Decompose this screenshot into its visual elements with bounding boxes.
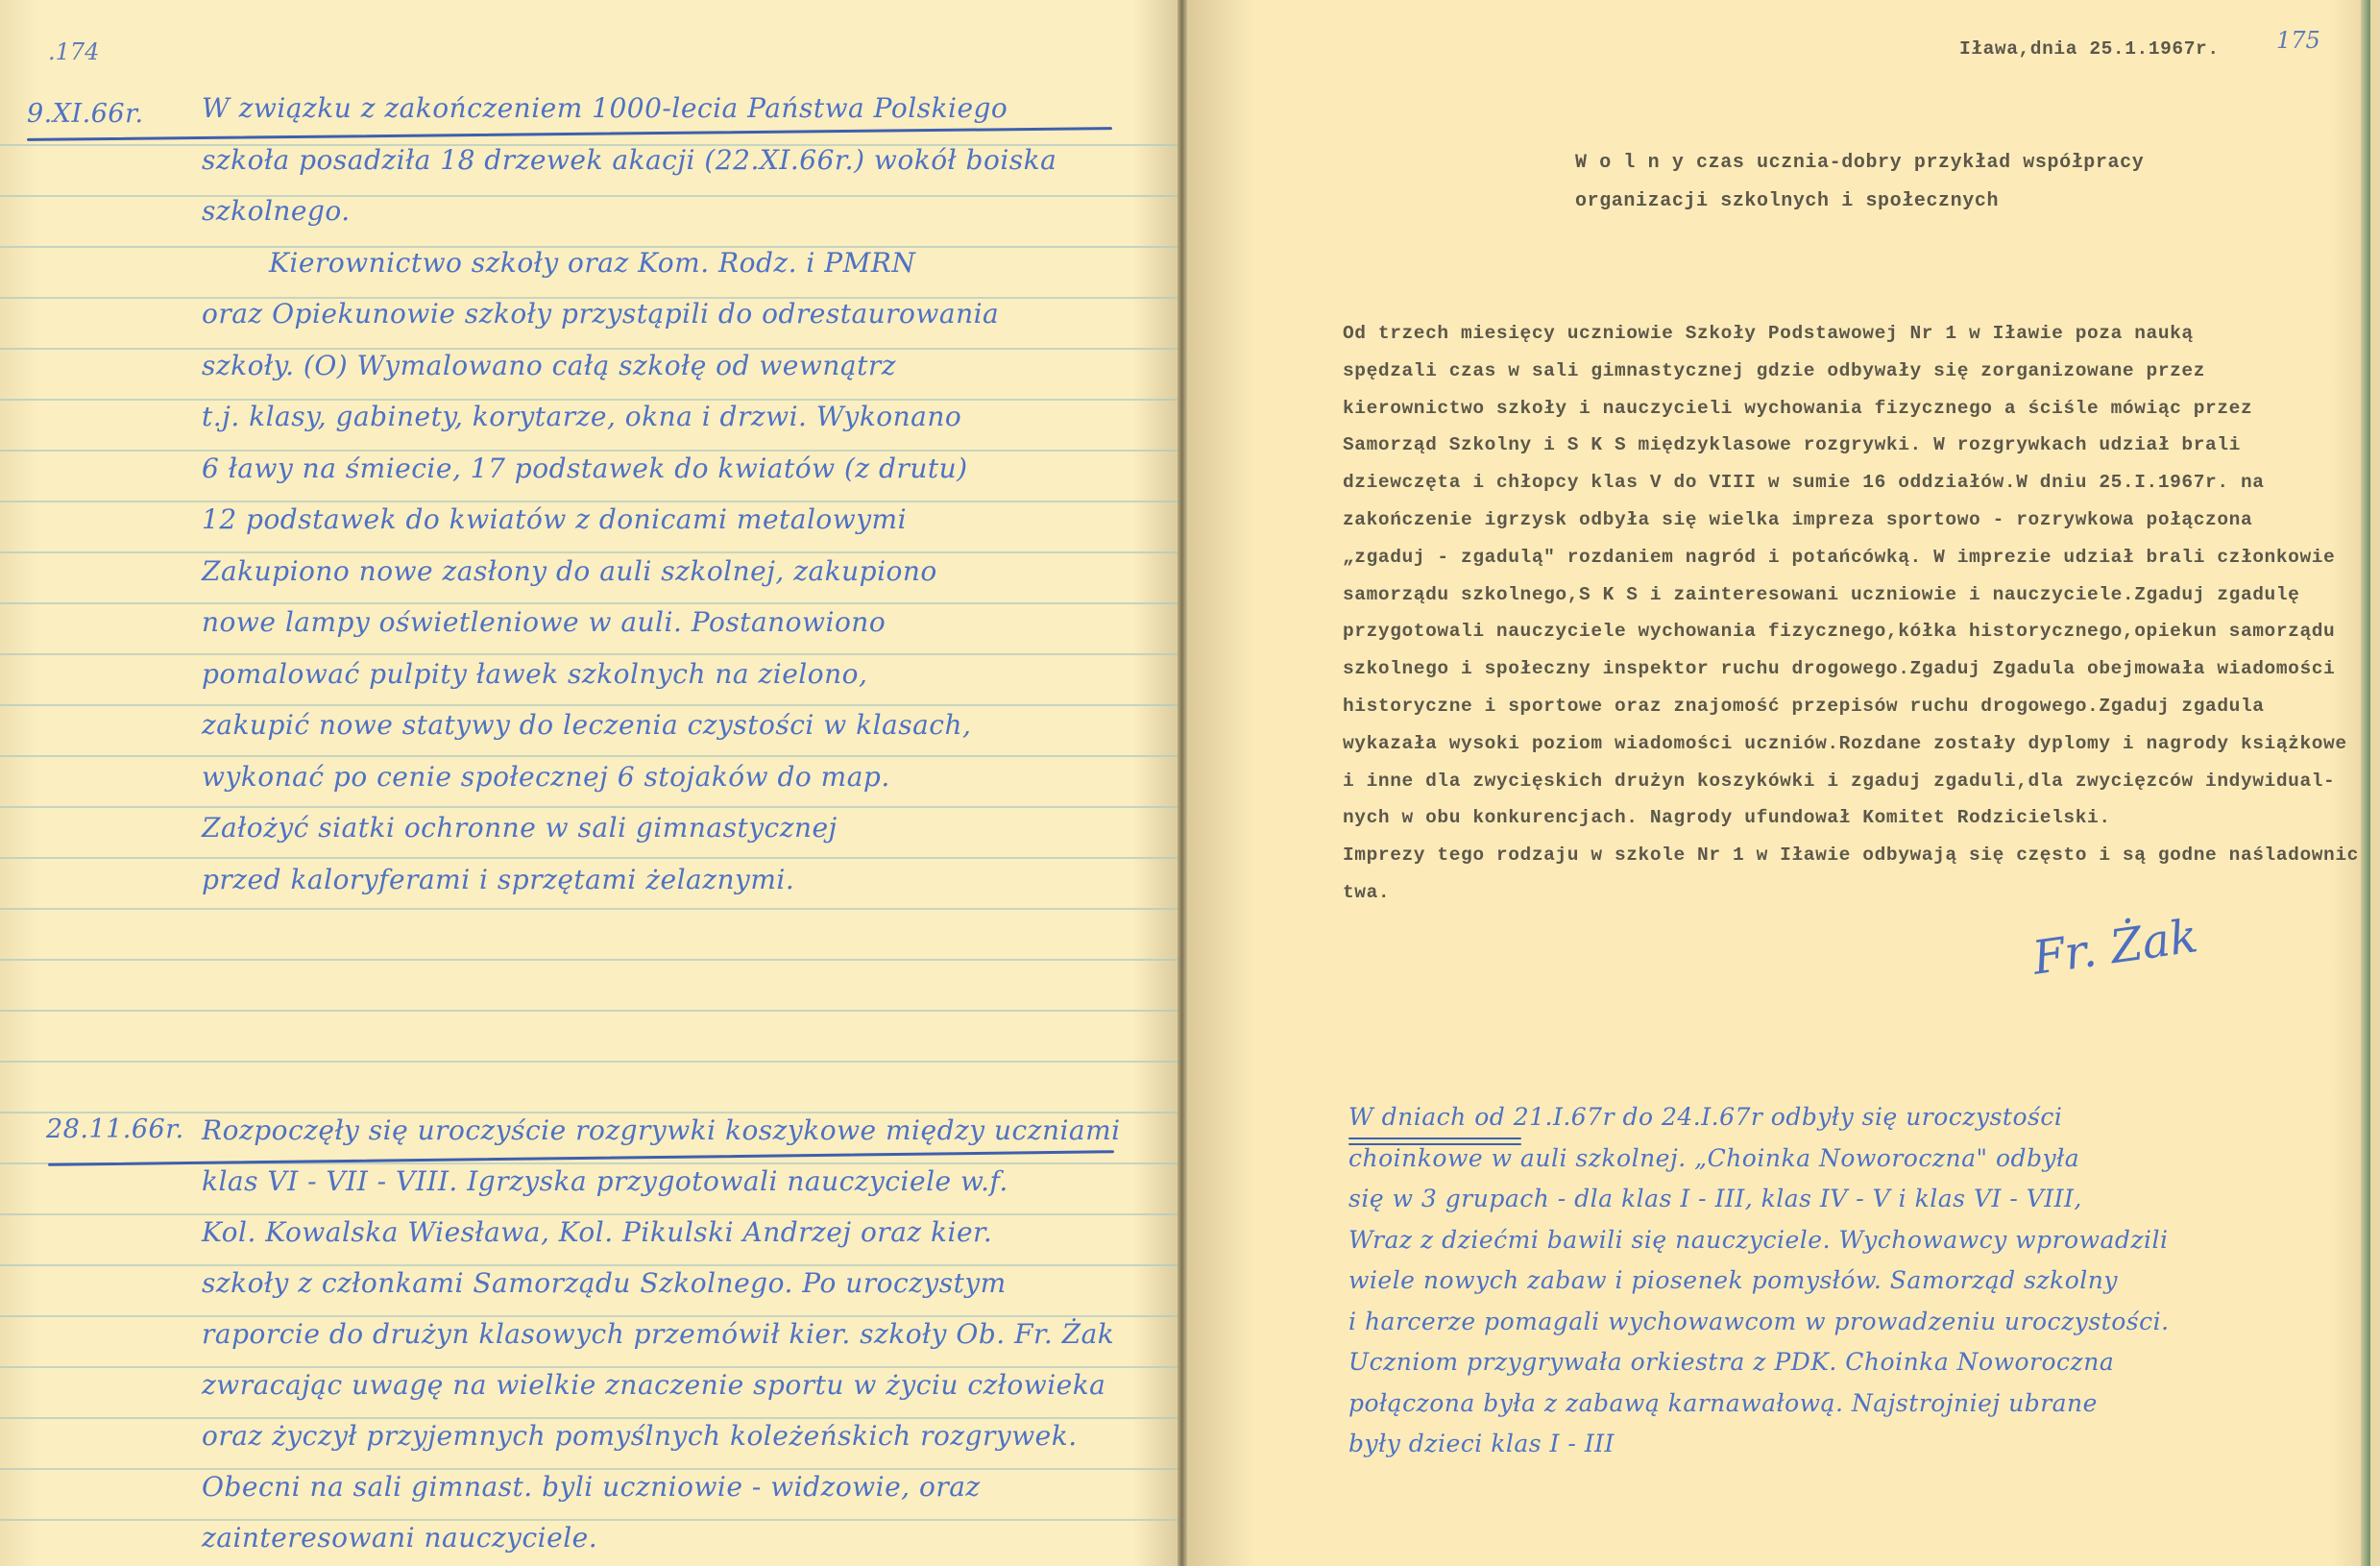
text-line: nowe lampy oświetleniowe w auli. Postano… — [202, 606, 886, 638]
text-line: szkoły z członkami Samorządu Szkolnego. … — [202, 1267, 1007, 1299]
text-line: t.j. klasy, gabinety, korytarze, okna i … — [202, 401, 961, 432]
text-line: i harcerze pomagali wychowawcom w prowad… — [1348, 1308, 2170, 1335]
text-line: były dzieci klas I - III — [1348, 1430, 1615, 1457]
document-title-line-2: organizacji szkolnych i społecznych — [1575, 190, 1999, 212]
text-line: szkoła posadziła 18 drzewek akacji (22.X… — [202, 144, 1056, 176]
text-line: oraz Opiekunowie szkoły przystąpili do o… — [202, 298, 999, 330]
text-line: samorządu szkolnego,S K S i zainteresowa… — [1343, 584, 2299, 605]
ruled-line — [0, 1010, 1183, 1012]
text-line: przygotowali nauczyciele wychowania fizy… — [1343, 621, 2335, 642]
text-line: i inne dla zwycięskich drużyn koszykówki… — [1343, 771, 2335, 792]
ruled-line — [0, 1264, 1183, 1266]
text-line: 6 ławy na śmiecie, 17 podstawek do kwiat… — [202, 453, 968, 484]
page-number-left: .174 — [48, 38, 99, 65]
ruled-line — [0, 1417, 1183, 1419]
text-line: Obecni na sali gimnast. byli uczniowie -… — [202, 1471, 981, 1503]
text-line: dziewczęta i chłopcy klas V do VIII w su… — [1343, 472, 2265, 493]
text-line: 12 podstawek do kwiatów z donicami metal… — [202, 503, 907, 535]
ruled-line — [0, 908, 1183, 910]
text-line: kierownictwo szkoły i nauczycieli wychow… — [1343, 398, 2252, 419]
text-line: historyczne i sportowe oraz znajomość pr… — [1343, 696, 2265, 717]
book-gutter — [1178, 0, 1187, 1566]
text-line: Samorząd Szkolny i S K S międzyklasowe r… — [1343, 434, 2241, 455]
page-number-right: 175 — [2276, 27, 2320, 54]
text-line: połączona była z zabawą karnawałową. Naj… — [1348, 1389, 2098, 1417]
ruled-line — [0, 1366, 1183, 1368]
text-line: choinkowe w auli szkolnej. „Choinka Nowo… — [1348, 1144, 2079, 1172]
ruled-line — [0, 857, 1183, 859]
text-line: się w 3 grupach - dla klas I - III, klas… — [1348, 1185, 2082, 1212]
ruled-line — [0, 1519, 1183, 1521]
text-line: szkolnego i społeczny inspektor ruchu dr… — [1343, 658, 2335, 679]
ruled-line — [0, 1112, 1183, 1113]
ruled-line — [0, 602, 1183, 604]
ruled-line — [0, 195, 1183, 197]
right-page: Iława,dnia 25.1.1967r. 175 W o l n y cza… — [1187, 0, 2370, 1566]
text-line: klas VI - VII - VIII. Igrzyska przygotow… — [202, 1165, 1008, 1197]
ruled-line — [0, 959, 1183, 961]
text-line: twa. — [1343, 882, 1390, 903]
ruled-line — [0, 806, 1183, 808]
left-page: .174 9.XI.66r. W związku z zakończeniem … — [0, 0, 1183, 1566]
text-line: wiele nowych zabaw i piosenek pomysłów. … — [1348, 1266, 2118, 1294]
text-line: przed kaloryferami i sprzętami żelaznymi… — [202, 864, 794, 895]
ruled-line — [0, 704, 1183, 706]
text-line: W dniach od 21.I.67r do 24.I.67r odbyły … — [1348, 1103, 2062, 1131]
text-line: „zgaduj - zgadulą" rozdaniem nagród i po… — [1343, 547, 2335, 568]
text-line: szkolnego. — [202, 195, 351, 227]
ruled-line — [0, 1213, 1183, 1215]
text-line: Imprezy tego rodzaju w szkole Nr 1 w Iła… — [1343, 844, 2370, 866]
ruled-line — [0, 501, 1183, 502]
text-line: wykonać po cenie społecznej 6 stojaków d… — [202, 761, 890, 793]
text-line: zainteresowani nauczyciele. — [202, 1522, 597, 1554]
text-line: Kol. Kowalska Wiesława, Kol. Pikulski An… — [202, 1216, 992, 1248]
page-edge — [2361, 0, 2370, 1566]
text-line: Wraz z dziećmi bawili się nauczyciele. W… — [1348, 1226, 2169, 1254]
text-line: szkoły. (O) Wymalowano całą szkołę od we… — [202, 350, 896, 381]
ruled-line — [0, 755, 1183, 757]
text-line: nych w obu konkurencjach. Nagrody ufundo… — [1343, 807, 2111, 828]
text-line: Uczniom przygrywała orkiestra z PDK. Cho… — [1348, 1348, 2114, 1376]
entry-underline — [27, 127, 1112, 141]
text-line: wykazała wysoki poziom wiadomości ucznió… — [1343, 733, 2347, 754]
signature: Fr. Żak — [2029, 909, 2201, 985]
text-line: Zakupiono nowe zasłony do auli szkolnej,… — [202, 555, 937, 587]
text-line: spędzali czas w sali gimnastycznej gdzie… — [1343, 360, 2205, 381]
place-date: Iława,dnia 25.1.1967r. — [1959, 38, 2220, 60]
text-line: zakupić nowe statywy do leczenia czystoś… — [202, 709, 971, 741]
ruled-line — [0, 1315, 1183, 1317]
text-line: pomalować pulpity ławek szkolnych na zie… — [202, 658, 867, 690]
text-line: Od trzech miesięcy uczniowie Szkoły Pods… — [1343, 323, 2194, 344]
text-line: Założyć siatki ochronne w sali gimnastyc… — [202, 812, 838, 844]
text-line: oraz życzył przyjemnych pomyślnych koleż… — [202, 1420, 1078, 1452]
ruled-line — [0, 551, 1183, 553]
entry-date: 9.XI.66r. — [27, 99, 144, 129]
date-underline — [1348, 1138, 1521, 1139]
document-title-line-1: W o l n y czas ucznia-dobry przykład wsp… — [1575, 152, 2144, 174]
entry-date: 28.11.66r. — [46, 1114, 184, 1144]
text-line: Rozpoczęły się uroczyście rozgrywki kosz… — [202, 1114, 1121, 1146]
text-line: raporcie do drużyn klasowych przemówił k… — [202, 1318, 1114, 1350]
ruled-line — [0, 1468, 1183, 1470]
text-line: zwracając uwagę na wielkie znaczenie spo… — [202, 1369, 1105, 1401]
date-underline — [1348, 1143, 1521, 1145]
ruled-line — [0, 653, 1183, 655]
ruled-line — [0, 1061, 1183, 1063]
text-line: Kierownictwo szkoły oraz Kom. Rodz. i PM… — [269, 247, 915, 279]
text-line: zakończenie igrzysk odbyła się wielka im… — [1343, 509, 2252, 530]
text-line: W związku z zakończeniem 1000-lecia Pańs… — [202, 92, 1008, 124]
